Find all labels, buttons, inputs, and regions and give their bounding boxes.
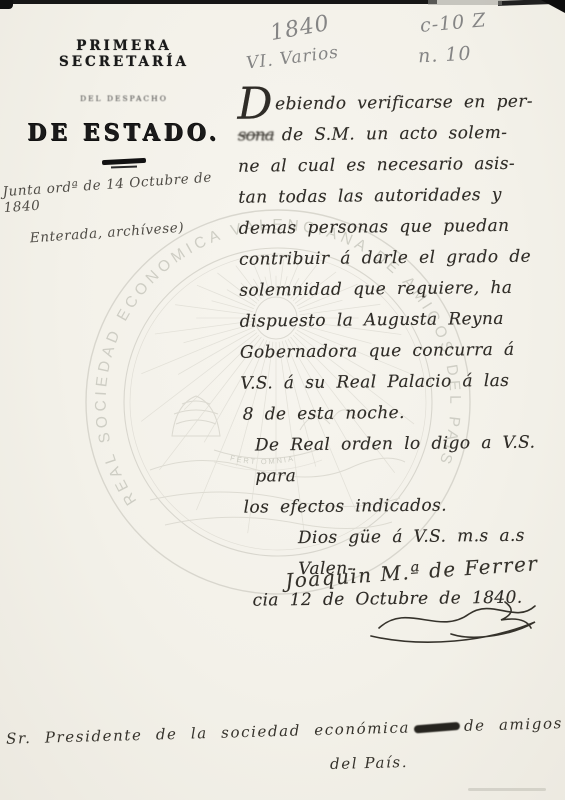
letterhead: PRIMERA SECRETARÍA DEL DESPACHO DE ESTAD…: [12, 38, 236, 168]
letter-line-text: de S.M. un acto solem-: [282, 123, 508, 145]
signature-rubric: [365, 590, 550, 650]
letterhead-subtitle: DEL DESPACHO: [12, 94, 236, 103]
letter-line: contribuir á darle el grado de: [239, 241, 563, 275]
letter-line: los efectos indicados.: [243, 489, 565, 523]
letterhead-title: PRIMERA SECRETARÍA: [12, 38, 236, 70]
letter-body: Debiendo verificarse en per- sonade S.M.…: [237, 86, 565, 616]
letter-line: Gobernadora que concurra á: [240, 334, 564, 368]
struck-word: sona: [238, 125, 274, 145]
letter-line: sonade S.M. un acto solem-: [238, 117, 562, 151]
letter-line: De Real orden lo digo a V.S. para: [255, 427, 565, 492]
letterhead-department: DE ESTADO.: [12, 119, 236, 147]
letter-line: dispuesto la Augusta Reyna: [240, 303, 564, 337]
letter-line: V.S. á su Real Palacio á las: [240, 365, 564, 399]
ink-blot: [414, 722, 460, 734]
scanned-letter-page: REAL SOCIEDAD ECONOMICA VALENCIANA DE AM…: [0, 0, 565, 800]
pencil-number: n. 10: [417, 43, 472, 68]
addressee-line2: del País.: [330, 753, 409, 773]
letter-line: Debiendo verificarse en per-: [237, 86, 561, 120]
letter-line: 8 de esta noche.: [242, 396, 564, 430]
letter-line: tan todas las autoridades y: [238, 179, 562, 213]
letterhead-ornament: [102, 158, 146, 165]
seal-beehive: [172, 396, 220, 436]
letter-line: solemnidad que requiere, ha: [239, 272, 563, 306]
addressee-end: de amigos: [464, 714, 563, 735]
letter-line: ne al cual es necesario asis-: [238, 148, 562, 182]
letter-line: demas personas que puedan: [239, 210, 563, 244]
letter-line-text: ebiendo verificarse en per-: [275, 92, 533, 115]
